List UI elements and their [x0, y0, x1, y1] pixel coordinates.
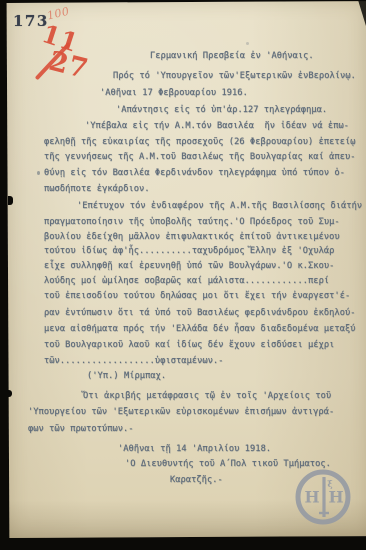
typed-line: τοῦ Βουλγαρικοῦ λαοῦ καί ἰδίως δέν ἔχουν…	[44, 340, 334, 351]
typed-line: πωσδήποτε ἐγκάρδιον.	[44, 184, 150, 195]
typed-line: τῆς γεννήσεως τῆς Α.Μ.τοῦ Βασιλέως τῆς Β…	[44, 152, 356, 163]
seal-letter-right: Η	[328, 488, 343, 507]
typed-line: εἶχε συλληφθῇ καί ἐρευνηθῇ ὑπό τῶν Βουλγ…	[44, 261, 334, 272]
archive-seal-stamp: Η Η ξ	[294, 468, 352, 526]
typed-line: 'Απάντησις εἰς τό ὑπ'ἀρ.127 τηλεγράφημα.	[116, 105, 327, 116]
typed-line: βουλίου ἐδείχθη μᾶλλον ἐπιφυλακτικός ἐπί…	[44, 232, 340, 243]
scanned-document-page: 173 100 11 27 Γερμανική Πρεσβεία ἐν 'Αθή…	[0, 0, 366, 550]
typed-line: τούτου ἰδίως ἀφ'ἧς..........ταχυδρόμος Ἕ…	[44, 246, 334, 257]
typed-line: Πρός τό 'Υπουργεῖον τῶν'Εξωτερικῶν ἐνΒερ…	[113, 71, 356, 82]
typed-line: λούδης μοί ὡμίλησε σοβαρῶς καί μάλιστα..…	[44, 276, 329, 287]
seal-top-mark: ξ	[327, 480, 332, 490]
typed-line: 'Υπουργείου τῶν 'Εξωτερικῶν εὑρισκομένων…	[28, 407, 334, 418]
ink-speck	[37, 171, 40, 175]
typed-line: Καρατζῆς.-	[170, 475, 223, 486]
typed-line: τοῦ ἐπεισοδίου τούτου δηλώσας μοι ὅτι ἔχ…	[44, 291, 350, 302]
typed-line: Ὅτι ἀκριβής μετάφρασις τῷ ἐν τοῖς 'Αρχεί…	[83, 391, 331, 402]
typed-line: μενα αἰσθήματα πρός τήν 'Ελλάδα δέν ἦσαν…	[44, 324, 356, 335]
seal-letter-left: Η	[304, 488, 319, 507]
typed-line: ('Υπ.) Μίρμπαχ.	[87, 371, 166, 382]
typed-line: θύνῃ εἰς τόν Βασιλέα Φερδινάνδον τηλεγρά…	[44, 168, 345, 179]
typed-line: φεληθῇ τῆς εὐκαιρίας τῆς προσεχοῦς (26 Φ…	[44, 137, 356, 148]
ink-speck	[246, 42, 249, 45]
typed-line: ραν ἐντύπωσιν ὅτι τά ὑπό τοῦ Βασιλέως φε…	[44, 308, 356, 319]
typed-line: 'Αθῆναι τῇ 14 'Απριλίου 1918.	[118, 444, 271, 455]
typed-line: τῶν..................ὑφισταμένων.-	[44, 356, 224, 367]
typed-line: 'Αθῆναι 17 Φεβρουαρίου 1916.	[100, 88, 248, 99]
typed-line: Γερμανική Πρεσβεία ἐν 'Αθήναις.	[150, 51, 314, 62]
typed-line: φων τῶν πρωτοτύπων.-	[28, 424, 134, 435]
typed-line: πραγματοποίησιν τῆς ὑποβολῆς ταύτης.'Ο Π…	[44, 217, 340, 228]
typed-line: 'Επέτυχον τόν ἐνδιαφέρον τῆς Α.Μ.τῆς Βασ…	[77, 201, 362, 212]
typed-line: 'Υπέβαλα εἰς τήν Α.Μ.τόν Βασιλέα ἥν ἰδέα…	[85, 121, 349, 132]
